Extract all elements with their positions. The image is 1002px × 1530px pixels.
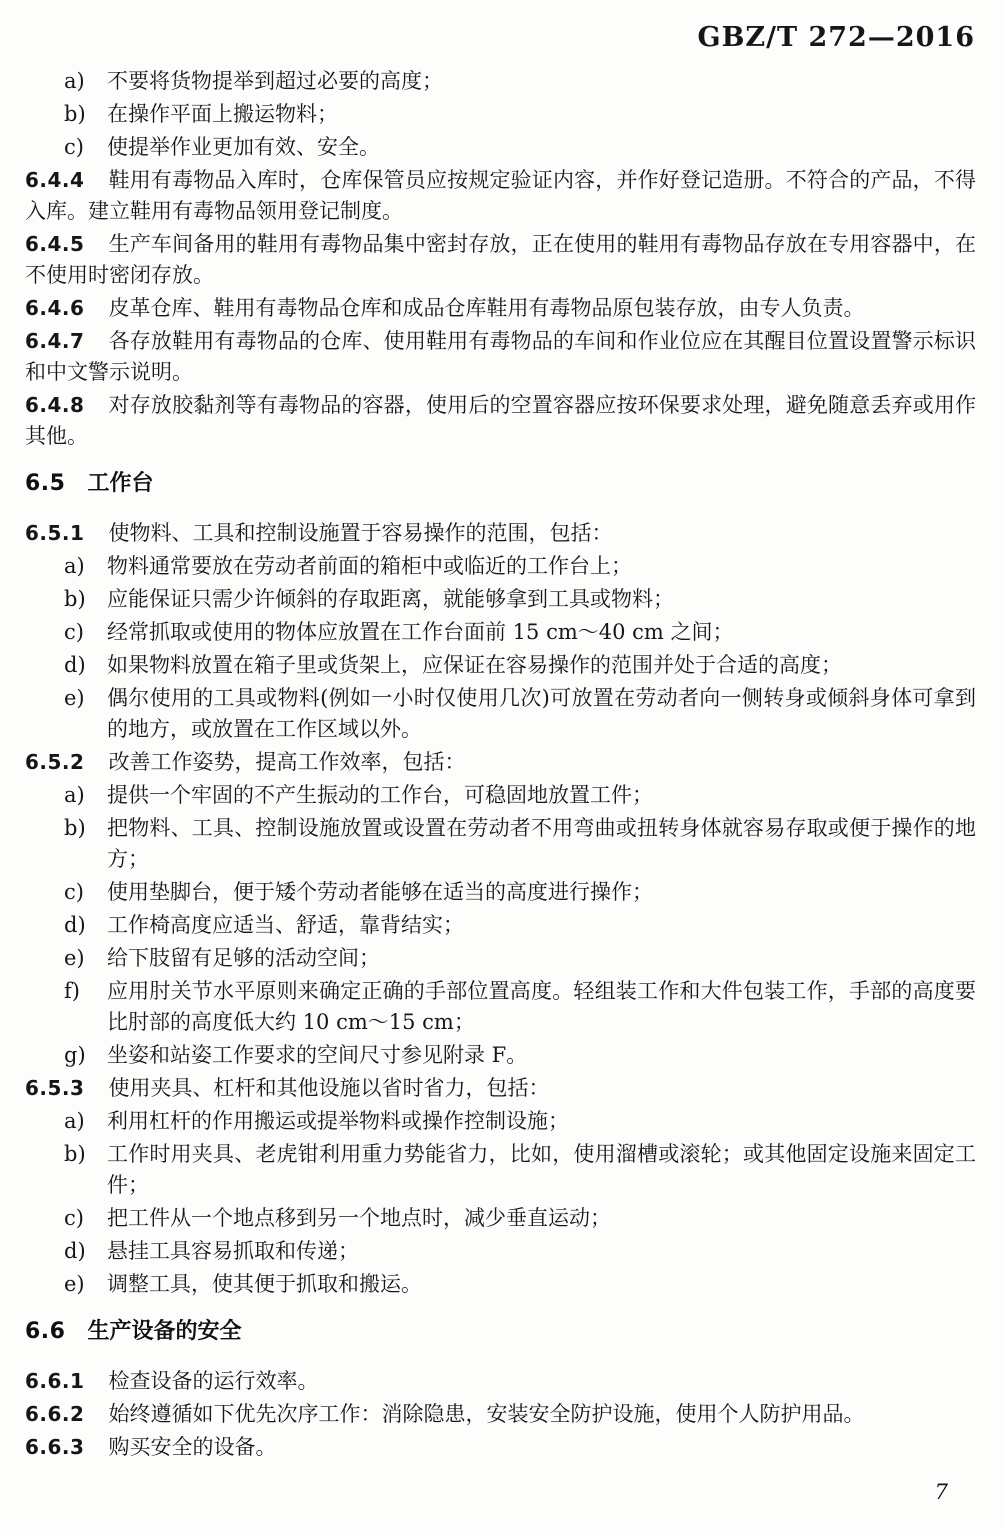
item-text: 使用垫脚台，便于矮个劳动者能够在适当的高度进行操作； bbox=[107, 877, 976, 908]
list-item: a)提供一个牢固的不产生振动的工作台，可稳固地放置工件； bbox=[25, 780, 976, 811]
document-page: GBZ/T 272—2016 a)不要将货物提举到超过必要的高度；b)在操作平面… bbox=[0, 0, 1002, 1530]
clause-6.4.8: 6.4.8对存放胶黏剂等有毒物品的容器，使用后的空置容器应按环保要求处理，避免随… bbox=[25, 390, 976, 452]
clause-6.4.6: 6.4.6皮革仓库、鞋用有毒物品仓库和成品仓库鞋用有毒物品原包装存放，由专人负责… bbox=[25, 293, 976, 324]
clause-number: 6.4.7 bbox=[25, 329, 108, 353]
clause-text: 使用夹具、杠杆和其他设施以省时省力，包括： bbox=[108, 1076, 549, 1100]
item-marker: b) bbox=[64, 584, 107, 615]
item-marker: a) bbox=[64, 780, 107, 811]
item-text: 物料通常要放在劳动者前面的箱柜中或临近的工作台上； bbox=[107, 551, 976, 582]
clause-text: 改善工作姿势，提高工作效率，包括： bbox=[108, 750, 465, 774]
clause-6.4.5: 6.4.5生产车间备用的鞋用有毒物品集中密封存放，正在使用的鞋用有毒物品存放在专… bbox=[25, 229, 976, 291]
item-marker: d) bbox=[64, 910, 107, 941]
list-item: b)工作时用夹具、老虎钳利用重力势能省力，比如，使用溜槽或滚轮；或其他固定设施来… bbox=[25, 1139, 976, 1201]
item-marker: c) bbox=[64, 617, 107, 648]
section-heading-6.5: 6.5工作台 bbox=[25, 468, 976, 500]
item-text: 应用肘关节水平原则来确定正确的手部位置高度。轻组装工作和大件包装工作，手部的高度… bbox=[107, 976, 976, 1038]
item-text: 悬挂工具容易抓取和传递； bbox=[107, 1236, 976, 1267]
clause-6.5.2: 6.5.2改善工作姿势，提高工作效率，包括： bbox=[25, 747, 976, 778]
clause-number: 6.6.1 bbox=[25, 1369, 108, 1393]
item-text: 把物料、工具、控制设施放置或设置在劳动者不用弯曲或扭转身体就容易存取或便于操作的… bbox=[107, 813, 976, 875]
document-body: a)不要将货物提举到超过必要的高度；b)在操作平面上搬运物料；c)使提举作业更加… bbox=[25, 64, 976, 1465]
item-marker: b) bbox=[64, 813, 107, 875]
clause-6.6.1: 6.6.1检查设备的运行效率。 bbox=[25, 1366, 976, 1397]
item-text: 利用杠杆的作用搬运或提举物料或操作控制设施； bbox=[107, 1106, 976, 1137]
section-number: 6.5 bbox=[25, 471, 87, 496]
item-marker: d) bbox=[64, 1236, 107, 1267]
section-number: 6.6 bbox=[25, 1319, 87, 1344]
list-item: d)如果物料放置在箱子里或货架上，应保证在容易操作的范围并处于合适的高度； bbox=[25, 650, 976, 681]
item-marker: d) bbox=[64, 650, 107, 681]
section-heading-6.6: 6.6生产设备的安全 bbox=[25, 1316, 976, 1348]
list-item: d)工作椅高度应适当、舒适，靠背结实； bbox=[25, 910, 976, 941]
clause-text: 使物料、工具和控制设施置于容易操作的范围，包括： bbox=[108, 521, 612, 545]
list-item: c)经常抓取或使用的物体应放置在工作台面前 15 cm～40 cm 之间； bbox=[25, 617, 976, 648]
list-item: d)悬挂工具容易抓取和传递； bbox=[25, 1236, 976, 1267]
list-item: e)偶尔使用的工具或物料(例如一小时仅使用几次)可放置在劳动者向一侧转身或倾斜身… bbox=[25, 683, 976, 745]
item-marker: a) bbox=[64, 66, 107, 97]
section-title: 生产设备的安全 bbox=[87, 1319, 241, 1344]
clause-number: 6.4.8 bbox=[25, 393, 108, 417]
item-marker: e) bbox=[64, 1269, 107, 1300]
clause-6.4.4: 6.4.4鞋用有毒物品入库时，仓库保管员应按规定验证内容，并作好登记造册。不符合… bbox=[25, 165, 976, 227]
item-text: 不要将货物提举到超过必要的高度； bbox=[107, 66, 976, 97]
item-marker: a) bbox=[64, 1106, 107, 1137]
clause-number: 6.6.3 bbox=[25, 1435, 108, 1459]
list-item: e)给下肢留有足够的活动空间； bbox=[25, 943, 976, 974]
clause-6.6.3: 6.6.3购买安全的设备。 bbox=[25, 1432, 976, 1463]
item-text: 坐姿和站姿工作要求的空间尺寸参见附录 F。 bbox=[107, 1040, 976, 1071]
clause-6.5.1: 6.5.1使物料、工具和控制设施置于容易操作的范围，包括： bbox=[25, 518, 976, 549]
clause-text: 生产车间备用的鞋用有毒物品集中密封存放，正在使用的鞋用有毒物品存放在专用容器中，… bbox=[25, 232, 976, 287]
clause-number: 6.5.3 bbox=[25, 1076, 108, 1100]
item-text: 工作时用夹具、老虎钳利用重力势能省力，比如，使用溜槽或滚轮；或其他固定设施来固定… bbox=[107, 1139, 976, 1201]
list-item: b)应能保证只需少许倾斜的存取距离，就能够拿到工具或物料； bbox=[25, 584, 976, 615]
list-item: a)不要将货物提举到超过必要的高度； bbox=[25, 66, 976, 97]
item-text: 应能保证只需少许倾斜的存取距离，就能够拿到工具或物料； bbox=[107, 584, 976, 615]
clause-number: 6.4.4 bbox=[25, 168, 108, 192]
list-item: e)调整工具，使其便于抓取和搬运。 bbox=[25, 1269, 976, 1300]
clause-6.4.7: 6.4.7各存放鞋用有毒物品的仓库、使用鞋用有毒物品的车间和作业位应在其醒目位置… bbox=[25, 326, 976, 388]
item-marker: g) bbox=[64, 1040, 107, 1071]
list-item: c)使用垫脚台，便于矮个劳动者能够在适当的高度进行操作； bbox=[25, 877, 976, 908]
clause-number: 6.5.1 bbox=[25, 521, 108, 545]
item-text: 如果物料放置在箱子里或货架上，应保证在容易操作的范围并处于合适的高度； bbox=[107, 650, 976, 681]
clause-text: 检查设备的运行效率。 bbox=[108, 1369, 318, 1393]
list-item: f)应用肘关节水平原则来确定正确的手部位置高度。轻组装工作和大件包装工作，手部的… bbox=[25, 976, 976, 1038]
list-item: a)利用杠杆的作用搬运或提举物料或操作控制设施； bbox=[25, 1106, 976, 1137]
list-item: c)使提举作业更加有效、安全。 bbox=[25, 132, 976, 163]
item-text: 把工件从一个地点移到另一个地点时，减少垂直运动； bbox=[107, 1203, 976, 1234]
item-text: 经常抓取或使用的物体应放置在工作台面前 15 cm～40 cm 之间； bbox=[107, 617, 976, 648]
clause-number: 6.6.2 bbox=[25, 1402, 108, 1426]
item-text: 偶尔使用的工具或物料(例如一小时仅使用几次)可放置在劳动者向一侧转身或倾斜身体可… bbox=[107, 683, 976, 745]
clause-text: 始终遵循如下优先次序工作：消除隐患，安装安全防护设施，使用个人防护用品。 bbox=[108, 1402, 864, 1426]
item-marker: e) bbox=[64, 683, 107, 745]
item-marker: c) bbox=[64, 877, 107, 908]
item-marker: f) bbox=[64, 976, 107, 1038]
item-text: 使提举作业更加有效、安全。 bbox=[107, 132, 976, 163]
list-item: b)把物料、工具、控制设施放置或设置在劳动者不用弯曲或扭转身体就容易存取或便于操… bbox=[25, 813, 976, 875]
clause-6.5.3: 6.5.3使用夹具、杠杆和其他设施以省时省力，包括： bbox=[25, 1073, 976, 1104]
item-text: 给下肢留有足够的活动空间； bbox=[107, 943, 976, 974]
clause-text: 购买安全的设备。 bbox=[108, 1435, 276, 1459]
clause-number: 6.4.5 bbox=[25, 232, 108, 256]
list-item: c)把工件从一个地点移到另一个地点时，减少垂直运动； bbox=[25, 1203, 976, 1234]
clause-text: 各存放鞋用有毒物品的仓库、使用鞋用有毒物品的车间和作业位应在其醒目位置设置警示标… bbox=[25, 329, 976, 384]
item-marker: e) bbox=[64, 943, 107, 974]
clause-number: 6.4.6 bbox=[25, 296, 108, 320]
item-text: 在操作平面上搬运物料； bbox=[107, 99, 976, 130]
clause-text: 鞋用有毒物品入库时，仓库保管员应按规定验证内容，并作好登记造册。不符合的产品，不… bbox=[25, 168, 976, 223]
list-item: g)坐姿和站姿工作要求的空间尺寸参见附录 F。 bbox=[25, 1040, 976, 1071]
item-marker: c) bbox=[64, 132, 107, 163]
item-marker: b) bbox=[64, 1139, 107, 1201]
item-marker: b) bbox=[64, 99, 107, 130]
clause-number: 6.5.2 bbox=[25, 750, 108, 774]
item-marker: c) bbox=[64, 1203, 107, 1234]
section-title: 工作台 bbox=[87, 471, 153, 496]
doc-number: GBZ/T 272—2016 bbox=[698, 22, 975, 53]
list-item: b)在操作平面上搬运物料； bbox=[25, 99, 976, 130]
clause-6.6.2: 6.6.2始终遵循如下优先次序工作：消除隐患，安装安全防护设施，使用个人防护用品… bbox=[25, 1399, 976, 1430]
clause-text: 皮革仓库、鞋用有毒物品仓库和成品仓库鞋用有毒物品原包装存放，由专人负责。 bbox=[108, 296, 864, 320]
item-text: 工作椅高度应适当、舒适，靠背结实； bbox=[107, 910, 976, 941]
item-text: 调整工具，使其便于抓取和搬运。 bbox=[107, 1269, 976, 1300]
clause-text: 对存放胶黏剂等有毒物品的容器，使用后的空置容器应按环保要求处理，避免随意丢弃或用… bbox=[25, 393, 976, 448]
item-marker: a) bbox=[64, 551, 107, 582]
page-number: 7 bbox=[935, 1480, 948, 1504]
list-item: a)物料通常要放在劳动者前面的箱柜中或临近的工作台上； bbox=[25, 551, 976, 582]
item-text: 提供一个牢固的不产生振动的工作台，可稳固地放置工件； bbox=[107, 780, 976, 811]
